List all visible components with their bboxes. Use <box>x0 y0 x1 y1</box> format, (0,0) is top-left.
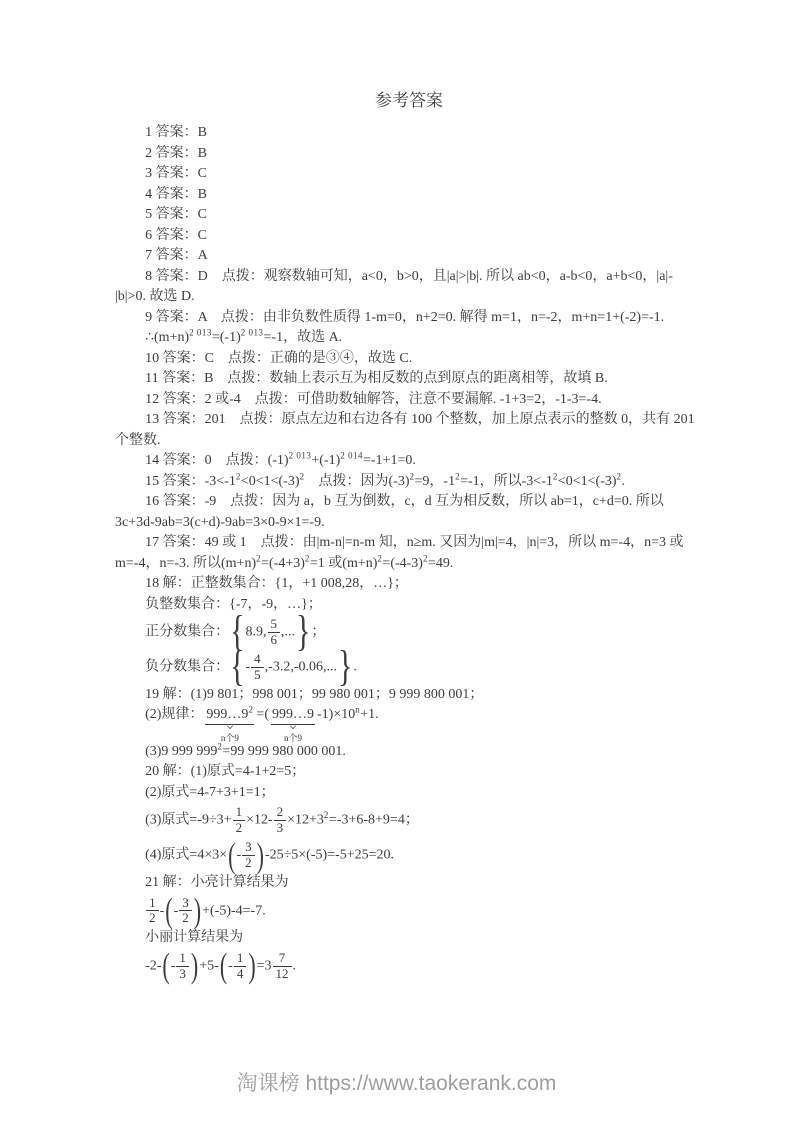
underbrace-top: 999…9 <box>272 707 314 722</box>
right-set-brace: } <box>295 611 311 655</box>
solution-20-part1: 20 解：(1)原式=4-1+2=5； <box>115 762 703 783</box>
superscript: 2 <box>236 471 241 481</box>
right-set-brace: } <box>337 646 353 690</box>
left-big-paren: ( <box>227 838 236 873</box>
fraction-denominator: 2 <box>242 855 255 871</box>
superscript: n <box>355 705 360 715</box>
superscript: 2 <box>410 471 415 481</box>
answer-8: 8 答案：D 点拨：观察数轴可知，a<0，b>0，且|a|>|b|. 所以 ab… <box>115 267 703 308</box>
answer-16: 16 答案：-9 点拨：因为 a，b 互为倒数，c，d 互为相反数，所以 ab=… <box>115 492 703 533</box>
fraction: 45 <box>251 652 264 683</box>
underbrace-icon <box>205 722 254 726</box>
fraction: 56 <box>268 617 281 648</box>
fraction-denominator: 2 <box>233 820 246 836</box>
superscript: 2 <box>455 471 460 481</box>
answer-12: 12 答案：2 或-4 点拨：可借助数轴解答，注意不要漏解. -1+3=2，-1… <box>115 390 703 411</box>
solution-21-xiaoli-result: -2-(-13)+5-(-14)=3712. <box>115 949 703 984</box>
solution-18-positive-integers: 18 解：正整数集合：{1，+1 008,28，…}； <box>115 574 703 595</box>
superscript: 2 <box>377 553 382 563</box>
left-big-paren: ( <box>161 949 170 984</box>
solution-18-negative-fractions: 负分数集合：{-45,-3.2,-0.06,...}. <box>115 650 703 685</box>
answer-4: 4 答案：B <box>115 185 703 206</box>
superscript: 2 <box>256 553 261 563</box>
superscript: 2 013 <box>189 327 212 337</box>
fraction-denominator: 4 <box>234 966 247 982</box>
superscript: 2 014 <box>340 450 363 460</box>
superscript: 2 <box>305 553 310 563</box>
left-set-brace: { <box>229 646 245 690</box>
solution-21-xiaoli-intro: 小丽计算结果为 <box>115 928 703 949</box>
right-big-paren: ) <box>256 838 265 873</box>
right-big-paren: ) <box>247 949 256 984</box>
underbrace-label: n个9 <box>269 728 317 749</box>
fraction-denominator: 6 <box>268 632 281 648</box>
answer-7: 7 答案：A <box>115 246 703 267</box>
fraction-denominator: 2 <box>179 910 192 926</box>
superscript: 2 <box>248 705 253 715</box>
underbrace-top: 999…92 <box>206 707 253 722</box>
fraction-numerator: 3 <box>179 896 192 911</box>
fraction-numerator: 2 <box>274 805 287 820</box>
answer-3: 3 答案：C <box>115 164 703 185</box>
answer-13: 13 答案：201 点拨：原点左边和右边各有 100 个整数，加上原点表示的整数… <box>115 410 703 451</box>
fraction-denominator: 5 <box>251 667 264 683</box>
fraction: 23 <box>274 805 287 836</box>
solution-18-positive-fractions: 正分数集合：{8.9,56,...}； <box>115 615 703 650</box>
fraction-denominator: 3 <box>176 966 189 982</box>
fraction-numerator: 5 <box>268 617 281 632</box>
left-big-paren: ( <box>164 893 173 928</box>
answer-5: 5 答案：C <box>115 205 703 226</box>
solution-21-xiaoliang-result: 12-(-32)+(-5)-4=-7. <box>115 894 703 929</box>
solution-21-xiaoliang-intro: 21 解：小亮计算结果为 <box>115 873 703 894</box>
right-big-paren: ) <box>190 949 199 984</box>
superscript: 2 013 <box>241 327 264 337</box>
fraction-numerator: 3 <box>242 840 255 855</box>
answer-14: 14 答案：0 点拨：(-1)2 013+(-1)2 014=-1+1=0. <box>115 451 703 472</box>
answer-9-conclusion: ∴(m+n)2 013=(-1)2 013=-1，故选 A. <box>115 328 703 349</box>
fraction: 14 <box>234 951 247 982</box>
fraction: 32 <box>179 896 192 927</box>
underbrace-label: n个9 <box>203 728 256 749</box>
page-title: 参考答案 <box>115 86 703 111</box>
answer-15: 15 答案：-3<-12<0<1<(-3)2 点拨：因为(-3)2=9，-12=… <box>115 472 703 493</box>
answer-9: 9 答案：A 点拨：由非负数性质得 1-m=0，n+2=0. 解得 m=1，n=… <box>115 308 703 329</box>
solution-20-part4: (4)原式=4×3×(-32)-25÷5×(-5)=-5+25=20. <box>115 838 703 873</box>
superscript: 2 <box>617 471 622 481</box>
underbrace-expression: 999…9n个9 <box>269 705 317 726</box>
fraction: 12 <box>146 896 159 927</box>
solution-18-negative-integers: 负整数集合：{-7，-9，…}； <box>115 595 703 616</box>
superscript: 2 013 <box>289 450 312 460</box>
superscript: 2 <box>300 471 305 481</box>
answer-2: 2 答案：B <box>115 144 703 165</box>
solution-20-part2: (2)原式=4-7+3+1=1； <box>115 783 703 804</box>
fraction-denominator: 12 <box>273 966 292 982</box>
answer-sheet-page: 参考答案 1 答案：B2 答案：B3 答案：C4 答案：B5 答案：C6 答案：… <box>0 0 793 1122</box>
answer-1: 1 答案：B <box>115 123 703 144</box>
watermark-footer: 淘课榜 https://www.taokerank.com <box>0 1067 793 1097</box>
fraction: 32 <box>242 840 255 871</box>
fraction: 712 <box>273 951 292 982</box>
answer-6: 6 答案：C <box>115 226 703 247</box>
underbrace-icon <box>271 722 315 726</box>
fraction-numerator: 1 <box>234 951 247 966</box>
superscript: 2 <box>553 471 558 481</box>
document-body: 1 答案：B2 答案：B3 答案：C4 答案：B5 答案：C6 答案：C7 答案… <box>115 123 703 984</box>
fraction-numerator: 1 <box>146 896 159 911</box>
superscript: 2 <box>423 553 428 563</box>
answer-11: 11 答案：B 点拨：数轴上表示互为相反数的点到原点的距离相等，故填 B. <box>115 369 703 390</box>
document-body-wrapper: 参考答案 1 答案：B2 答案：B3 答案：C4 答案：B5 答案：C6 答案：… <box>115 86 703 984</box>
fraction: 13 <box>176 951 189 982</box>
solution-19-part2: (2)规律：999…92n个9=(999…9n个9-1)×10n+1. <box>115 705 703 742</box>
fraction-numerator: 1 <box>233 805 246 820</box>
fraction-denominator: 2 <box>146 910 159 926</box>
right-big-paren: ) <box>193 893 202 928</box>
superscript: 2 <box>324 810 329 820</box>
left-big-paren: ( <box>219 949 228 984</box>
solution-20-part3: (3)原式=-9÷3+12×12-23×12+32=-3+6-8+9=4； <box>115 803 703 838</box>
solution-19-part1: 19 解：(1)9 801；998 001；99 980 001；9 999 8… <box>115 685 703 706</box>
fraction-numerator: 4 <box>251 652 264 667</box>
fraction-numerator: 7 <box>273 951 292 966</box>
fraction-denominator: 3 <box>274 820 287 836</box>
underbrace-expression: 999…92n个9 <box>203 705 256 726</box>
answer-17: 17 答案：49 或 1 点拨：由|m-n|=n-m 知，n≥m. 又因为|m|… <box>115 533 703 574</box>
fraction: 12 <box>233 805 246 836</box>
answer-10: 10 答案：C 点拨：正确的是③④，故选 C. <box>115 349 703 370</box>
fraction-numerator: 1 <box>176 951 189 966</box>
